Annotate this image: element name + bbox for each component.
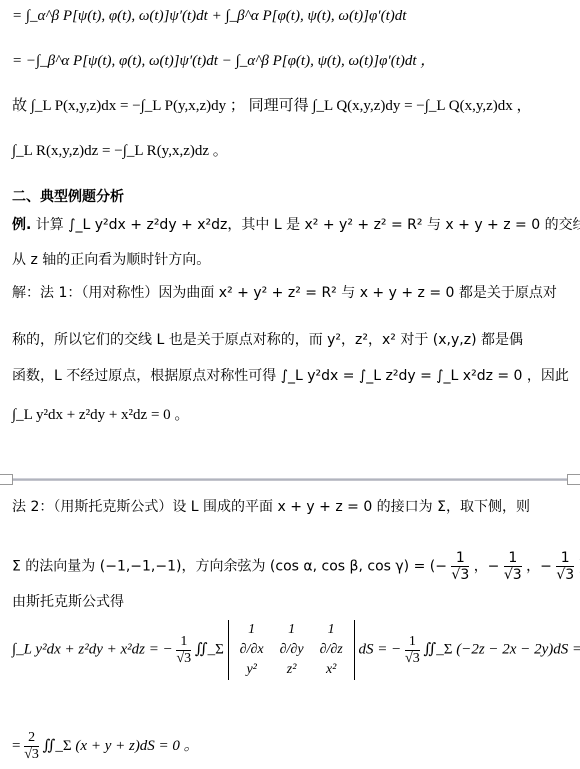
- section-title: 二、典型例题分析: [12, 187, 124, 207]
- stokes-lhs: ∫_L y²dx + z²dy + x²dz = −: [12, 641, 173, 657]
- method2-line-2-text: Σ 的法向量为 (−1,−1,−1)，方向余弦为 (cos α, cos β, …: [12, 559, 447, 575]
- method2-line-3: 由斯托克斯公式得: [12, 592, 124, 612]
- separator-text: ，−: [526, 559, 552, 575]
- example-line-1: 例. 计算 ∫_L y²dx + z²dy + x²dz，其中 L 是 x² +…: [12, 215, 580, 235]
- stokes-rhs: (−2z − 2x − 2y)dS =: [456, 641, 580, 657]
- double-integral: ∬_Σ: [43, 738, 72, 754]
- equation-line-4: ∫_L R(x,y,z)dz = −∫_L R(y,x,z)dz 。: [12, 141, 228, 161]
- method2-line-1: 法 2：（用斯托克斯公式）设 L 围成的平面 x + y + z = 0 的接口…: [12, 497, 530, 517]
- equation-line-2: = −∫_β^α P[ψ(t), φ(t), ω(t)]ψ′(t)dt − ∫_…: [12, 51, 435, 71]
- stokes-equation: ∫_L y²dx + z²dy + x²dz = − 1√3 ∬_Σ 111 ∂…: [12, 620, 580, 680]
- method2-line-2: Σ 的法向量为 (−1,−1,−1)，方向余弦为 (cos α, cos β, …: [12, 550, 580, 583]
- example-text: 计算 ∫_L y²dx + z²dy + x²dz，其中 L 是 x² + y²…: [36, 217, 580, 233]
- method1-line-4: ∫_L y²dx + z²dy + x²dz = 0 。: [12, 405, 189, 425]
- example-label: 例.: [12, 217, 31, 233]
- double-integral: ∬_Σ: [195, 641, 224, 657]
- separator-text: ，−: [474, 559, 500, 575]
- page-separator: [0, 478, 580, 481]
- equation-line-3: 故 ∫_L P(x,y,z)dx = −∫_L P(y,x,z)dy ； 同理可…: [12, 96, 532, 116]
- stokes-mid: dS = −: [359, 641, 402, 657]
- fraction: 1√3: [451, 550, 469, 583]
- margin-marker-left: [0, 474, 13, 485]
- fraction: 2√3: [24, 730, 39, 763]
- equals-sign: =: [12, 738, 20, 754]
- determinant: 111 ∂/∂x∂/∂y∂/∂z y²z²x²: [228, 620, 355, 680]
- margin-marker-right: [567, 474, 580, 485]
- fraction: 1√3: [556, 550, 574, 583]
- method1-line-2: 称的，所以它们的交线 L 也是关于原点对称的，而 y²，z²，x² 对于 (x,…: [12, 330, 523, 350]
- equation-line-1: = ∫_α^β P[ψ(t), φ(t), ω(t)]ψ′(t)dt + ∫_β…: [12, 6, 406, 26]
- final-equation: = 2√3 ∬_Σ (x + y + z)dS = 0 。: [12, 730, 199, 763]
- method1-line-3: 函数，L 不经过原点，根据原点对称性可得 ∫_L y²dx = ∫_L z²dy…: [12, 366, 569, 386]
- fraction: 1√3: [176, 634, 191, 667]
- method1-line-1: 解：法 1：（用对称性）因为曲面 x² + y² + z² = R² 与 x +…: [12, 283, 557, 303]
- fraction: 1√3: [504, 550, 522, 583]
- double-integral: ∬_Σ: [423, 641, 452, 657]
- fraction: 1√3: [405, 634, 420, 667]
- example-line-2: 从 z 轴的正向看为顺时针方向。: [12, 250, 210, 270]
- final-result: (x + y + z)dS = 0 。: [75, 738, 198, 754]
